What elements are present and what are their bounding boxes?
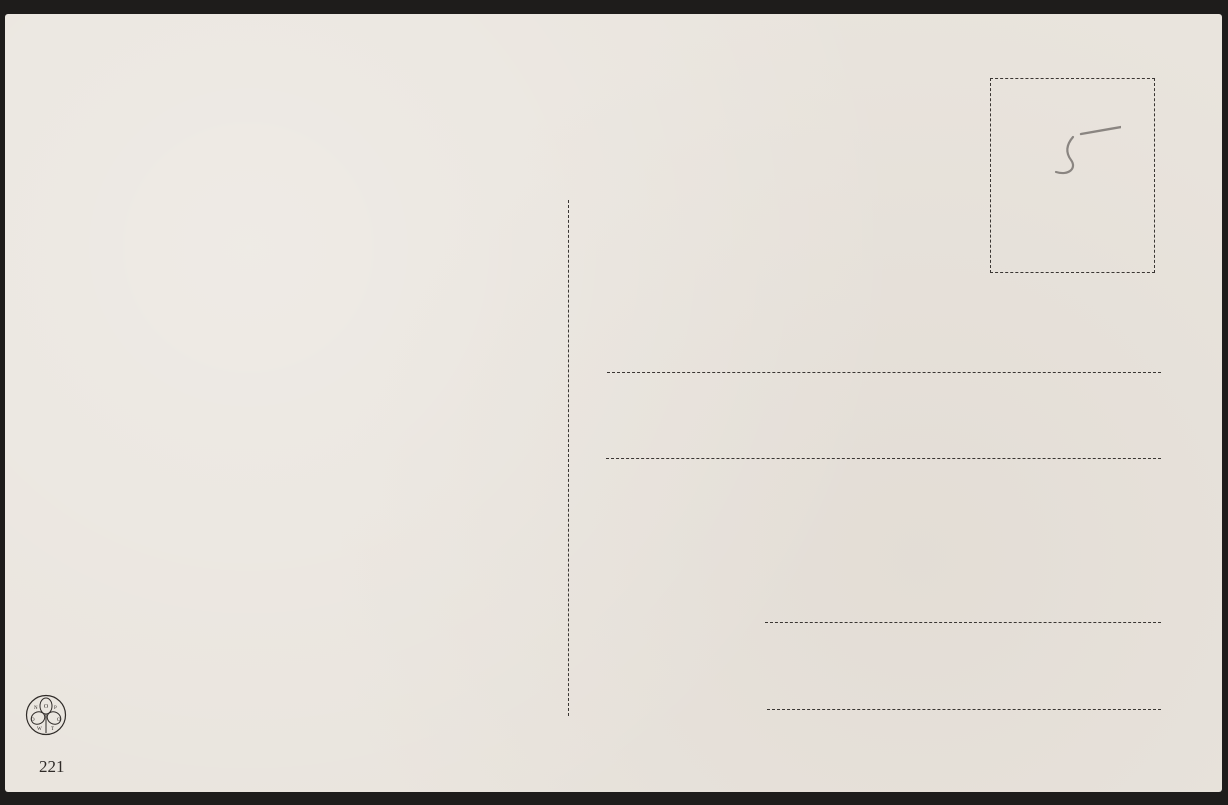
address-line-3 bbox=[765, 622, 1161, 623]
postcard-back: 5- O N P O O W T 221 bbox=[5, 14, 1222, 792]
address-line-2 bbox=[606, 458, 1161, 459]
svg-text:O: O bbox=[31, 718, 35, 723]
card-number: 221 bbox=[39, 757, 65, 777]
svg-text:W: W bbox=[37, 727, 42, 732]
svg-text:N: N bbox=[34, 706, 38, 711]
svg-text:O: O bbox=[57, 718, 61, 723]
publisher-logo-icon: O N P O O W T bbox=[25, 694, 67, 736]
stamp-box: 5- bbox=[990, 78, 1155, 273]
svg-text:O: O bbox=[44, 704, 49, 710]
handwritten-pencil-mark-icon bbox=[1051, 124, 1121, 184]
address-line-4 bbox=[767, 709, 1161, 710]
address-line-1 bbox=[607, 372, 1161, 373]
svg-text:P: P bbox=[54, 706, 57, 711]
svg-text:T: T bbox=[51, 727, 54, 732]
message-address-divider bbox=[568, 200, 569, 716]
